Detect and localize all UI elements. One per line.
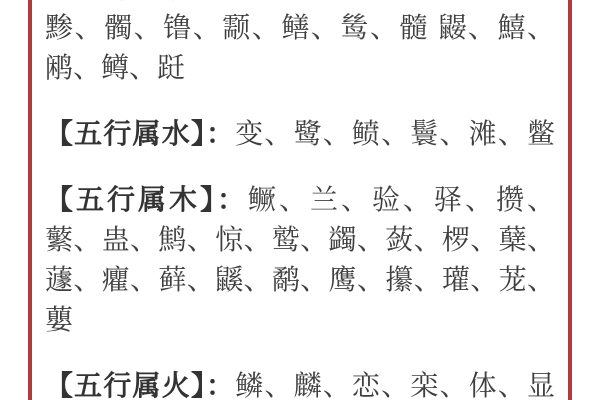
section-wuxing-fire: 【五行属火】：鳞、麟、恋、栾、体、显: [45, 366, 555, 400]
section-chars: 鳜、兰、验、驿、攒、: [248, 184, 555, 215]
section-line: 蘧、癯、藓、鼷、鹬、鹰、攥、瓘、茏、: [45, 260, 555, 300]
section-wuxing-water: 【五行属水】：变、鹭、鲼、鬟、滩、鳖: [45, 114, 555, 154]
section-line: 鹇、鳟、跹: [45, 48, 555, 88]
section-line: 蘡: [45, 300, 555, 340]
section-header: 【五行属火】：: [45, 370, 235, 400]
section-chars: 鳞、麟、恋、栾、体、显: [235, 370, 555, 400]
section-line: 【五行属木】：鳜、兰、验、驿、攒、: [45, 180, 555, 220]
section-line: 【五行属火】：鳞、麟、恋、栾、体、显: [45, 366, 555, 400]
section-line: 蘩、蛊、鹪、惊、鹫、蠲、蔹、椤、蘖、: [45, 220, 555, 260]
section-line: 【五行属水】：变、鹭、鲼、鬟、滩、鳖: [45, 114, 555, 154]
section-chars: 变、鹭、鲼、鬟、滩、鳖: [235, 118, 555, 149]
section-wuxing-metal: 【五行属金】：纤、雠、镳、铄、 黪、髑、镥、颥、鳝、鸶、髓 鼹、鱚、 鹇、鳟、跹: [45, 0, 555, 88]
section-header: 【五行属金】：: [45, 0, 279, 3]
section-line: 黪、髑、镥、颥、鳝、鸶、髓 鼹、鱚、: [45, 8, 555, 48]
section-chars: 纤、雠、镳、铄、: [279, 0, 555, 3]
article-page: 【五行属金】：纤、雠、镳、铄、 黪、髑、镥、颥、鳝、鸶、髓 鼹、鱚、 鹇、鳟、跹…: [0, 0, 600, 400]
section-line-clipped: 【五行属金】：纤、雠、镳、铄、: [45, 0, 555, 8]
section-header: 【五行属木】：: [45, 184, 248, 215]
red-rule-frame: 【五行属金】：纤、雠、镳、铄、 黪、髑、镥、颥、鳝、鸶、髓 鼹、鱚、 鹇、鳟、跹…: [28, 0, 572, 400]
section-wuxing-wood: 【五行属木】：鳜、兰、验、驿、攒、 蘩、蛊、鹪、惊、鹫、蠲、蔹、椤、蘖、 蘧、癯…: [45, 180, 555, 340]
section-header: 【五行属水】：: [45, 118, 235, 149]
